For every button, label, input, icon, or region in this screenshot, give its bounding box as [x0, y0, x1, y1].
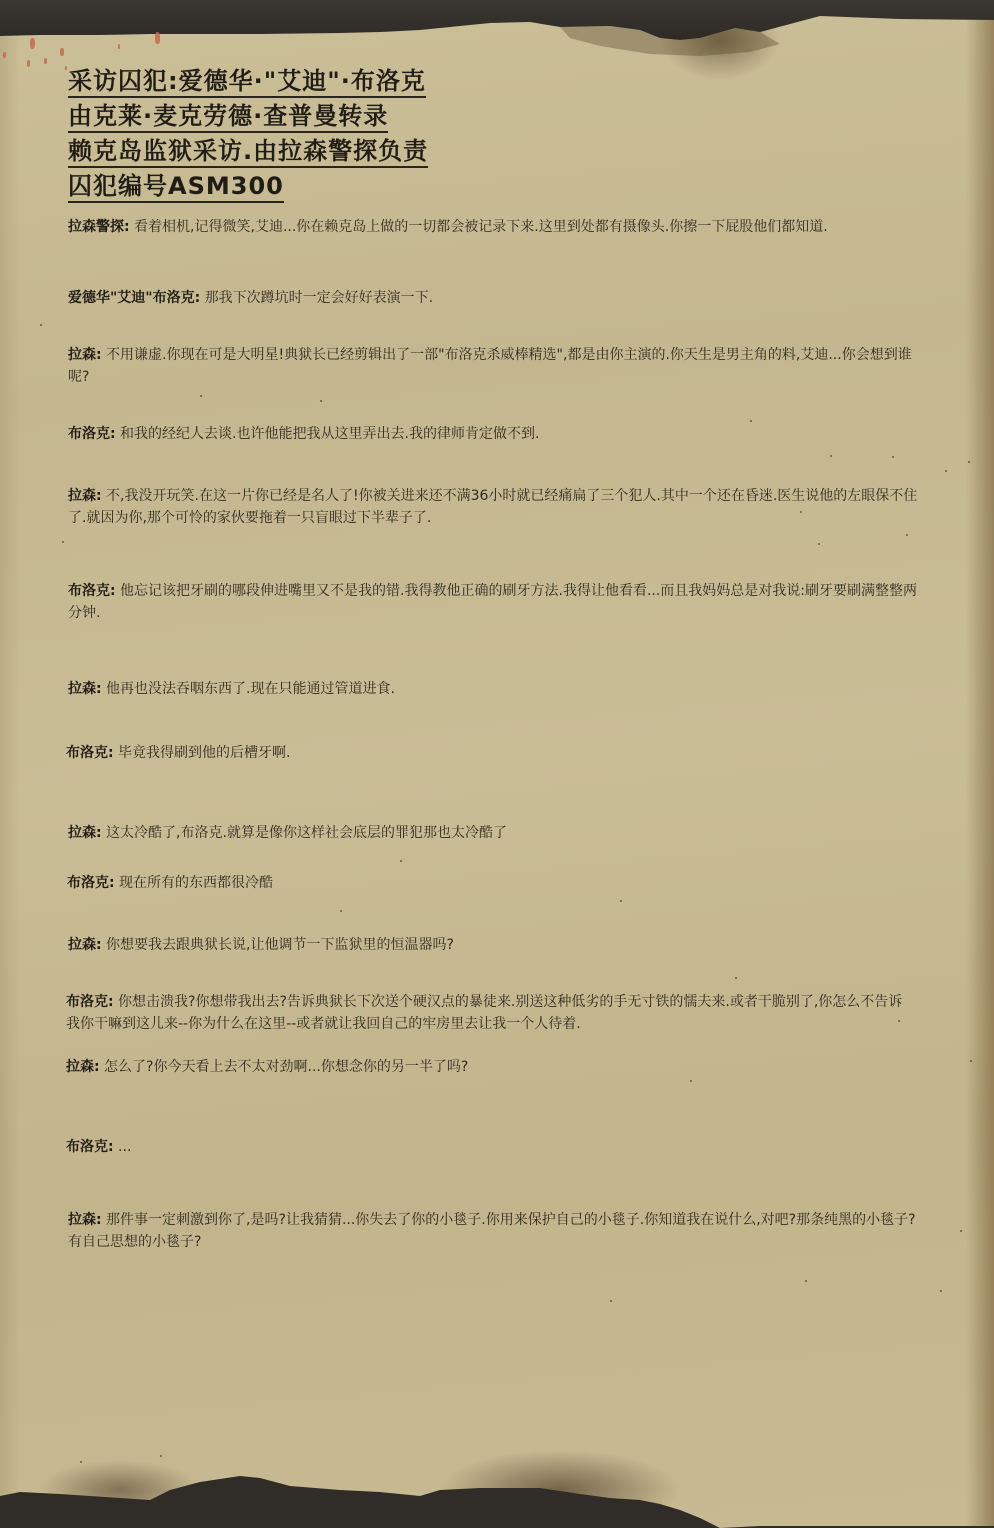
- dialogue-text: 怎么了?你今天看上去不太对劲啊...你想念你的另一半了吗?: [100, 1059, 469, 1075]
- dialogue-text: 那我下次蹲坑时一定会好好表演一下.: [200, 290, 433, 306]
- transcript-entry: 布洛克: 毕竟我得刷到他的后槽牙啊.: [66, 742, 916, 764]
- transcript-entry: 布洛克: ...: [66, 1136, 916, 1158]
- transcript-entry: 拉森: 不用谦虚.你现在可是大明星!典狱长已经剪辑出了一部"布洛克杀威棒精选",…: [68, 344, 918, 388]
- speaker-label: 布洛克:: [66, 745, 114, 761]
- dialogue-text: 不用谦虚.你现在可是大明星!典狱长已经剪辑出了一部"布洛克杀威棒精选",都是由你…: [68, 347, 912, 385]
- speaker-label: 布洛克:: [68, 426, 116, 442]
- dialogue-text: 毕竟我得刷到他的后槽牙啊.: [114, 745, 291, 761]
- dialogue-text: 那件事一定刺激到你了,是吗?让我猜猜...你失去了你的小毯子.你用来保护自己的小…: [68, 1212, 916, 1250]
- speaker-label: 布洛克:: [66, 994, 114, 1010]
- transcript-entry: 拉森: 那件事一定刺激到你了,是吗?让我猜猜...你失去了你的小毯子.你用来保护…: [68, 1209, 918, 1253]
- dialogue-text: 现在所有的东西都很冷酷: [115, 875, 273, 891]
- speaker-label: 爱德华"艾迪"布洛克:: [68, 290, 200, 306]
- speaker-label: 布洛克:: [66, 1139, 114, 1155]
- transcript-entry: 布洛克: 他忘记该把牙刷的哪段伸进嘴里又不是我的错.我得教他正确的刷牙方法.我得…: [68, 580, 918, 624]
- transcript-entry: 布洛克: 你想击溃我?你想带我出去?告诉典狱长下次送个硬汉点的暴徒来.别送这种低…: [66, 991, 916, 1035]
- transcript-entry: 拉森警探: 看着相机,记得微笑,艾迪...你在赖克岛上做的一切都会被记录下来.这…: [68, 216, 918, 238]
- speaker-label: 布洛克:: [68, 583, 116, 599]
- speaker-label: 拉森:: [66, 1059, 100, 1075]
- dialogue-text: 他再也没法吞咽东西了.现在只能通过管道进食.: [102, 681, 395, 697]
- speaker-label: 拉森:: [68, 1212, 102, 1228]
- header-inmate-number-line: 囚犯编号ASM300: [68, 171, 284, 203]
- transcript-entry: 拉森: 这太冷酷了,布洛克.就算是像你这样社会底层的罪犯那也太冷酷了: [68, 822, 918, 844]
- dialogue-text: 和我的经纪人去谈.也许他能把我从这里弄出去.我的律师肯定做不到.: [116, 426, 540, 442]
- transcript-entry: 布洛克: 现在所有的东西都很冷酷: [67, 872, 917, 894]
- burnt-bottom-edge: [0, 1468, 994, 1528]
- speaker-label: 布洛克:: [67, 875, 115, 891]
- speaker-label: 拉森:: [68, 825, 102, 841]
- transcript-entry: 拉森: 他再也没法吞咽东西了.现在只能通过管道进食.: [68, 678, 918, 700]
- transcript-entry: 布洛克: 和我的经纪人去谈.也许他能把我从这里弄出去.我的律师肯定做不到.: [68, 423, 918, 445]
- header-subject-line: 采访囚犯:爱德华·"艾迪"·布洛克: [68, 66, 426, 98]
- transcript-entry: 拉森: 怎么了?你今天看上去不太对劲啊...你想念你的另一半了吗?: [66, 1056, 916, 1078]
- speaker-label: 拉森警探:: [68, 219, 130, 235]
- speaker-label: 拉森:: [68, 347, 102, 363]
- dialogue-text: 你想要我去跟典狱长说,让他调节一下监狱里的恒温器吗?: [102, 937, 454, 953]
- transcript-entry: 拉森: 你想要我去跟典狱长说,让他调节一下监狱里的恒温器吗?: [68, 934, 918, 956]
- dialogue-text: ...: [114, 1139, 132, 1155]
- transcript-entry: 拉森: 不,我没开玩笑.在这一片你已经是名人了!你被关进来还不满36小时就已经痛…: [68, 485, 918, 529]
- dialogue-text: 这太冷酷了,布洛克.就算是像你这样社会底层的罪犯那也太冷酷了: [102, 825, 507, 841]
- dialogue-text: 不,我没开玩笑.在这一片你已经是名人了!你被关进来还不满36小时就已经痛扁了三个…: [68, 488, 917, 526]
- dialogue-text: 看着相机,记得微笑,艾迪...你在赖克岛上做的一切都会被记录下来.这里到处都有摄…: [130, 219, 828, 235]
- speaker-label: 拉森:: [68, 488, 102, 504]
- transcript-document: 采访囚犯:爱德华·"艾迪"·布洛克 由克莱·麦克劳德·查普曼转录 赖克岛监狱采访…: [68, 66, 918, 218]
- header-transcriber-line: 由克莱·麦克劳德·查普曼转录: [68, 101, 388, 133]
- dialogue-text: 你想击溃我?你想带我出去?告诉典狱长下次送个硬汉点的暴徒来.别送这种低劣的手无寸…: [66, 994, 902, 1032]
- transcript-entry: 爱德华"艾迪"布洛克: 那我下次蹲坑时一定会好好表演一下.: [68, 287, 918, 309]
- speaker-label: 拉森:: [68, 681, 102, 697]
- dialogue-text: 他忘记该把牙刷的哪段伸进嘴里又不是我的错.我得教他正确的刷牙方法.我得让他看看.…: [68, 583, 917, 621]
- speaker-label: 拉森:: [68, 937, 102, 953]
- document-header: 采访囚犯:爱德华·"艾迪"·布洛克 由克莱·麦克劳德·查普曼转录 赖克岛监狱采访…: [68, 66, 918, 206]
- header-location-line: 赖克岛监狱采访.由拉森警探负责: [68, 136, 428, 168]
